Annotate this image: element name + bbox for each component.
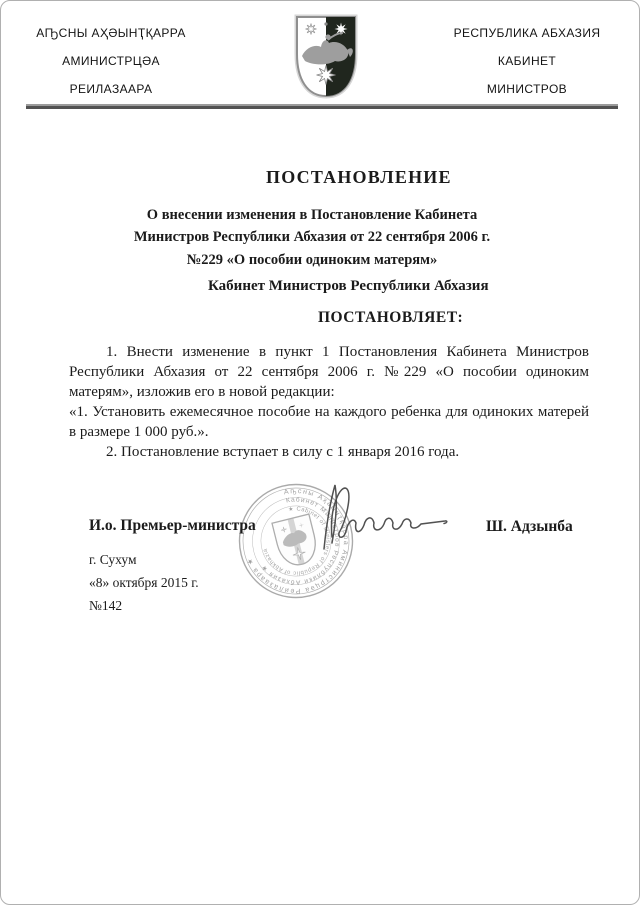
signatory-name: Ш. Адзынба bbox=[486, 518, 573, 536]
subject-line-2: Министров Республики Абхазия от 22 сентя… bbox=[21, 226, 603, 248]
issuing-body: Кабинет Министров Республики Абхазия bbox=[208, 278, 489, 295]
document-page: АҦСНЫ АҲӘЫНҬҚАРРА АМИНИСТРЦӘА РЕИЛАЗААРА… bbox=[0, 0, 640, 905]
issue-date: «8» октября 2015 г. bbox=[89, 575, 199, 591]
header-divider-rule bbox=[26, 104, 618, 109]
handwritten-signature bbox=[294, 477, 452, 559]
document-number: №142 bbox=[89, 598, 122, 614]
signatory-position: И.о. Премьер-министра bbox=[89, 517, 256, 535]
resolution-word: ПОСТАНОВЛЯЕТ: bbox=[318, 309, 463, 327]
paragraph-1: 1. Внести изменение в пункт 1 Постановле… bbox=[69, 342, 589, 402]
header-left-line-2: АМИНИСТРЦӘА bbox=[31, 47, 191, 75]
header-right-block: РЕСПУБЛИКА АБХАЗИЯ КАБИНЕТ МИНИСТРОВ bbox=[441, 19, 613, 103]
header-left-block: АҦСНЫ АҲӘЫНҬҚАРРА АМИНИСТРЦӘА РЕИЛАЗААРА bbox=[31, 19, 191, 103]
document-body: 1. Внести изменение в пункт 1 Постановле… bbox=[69, 342, 589, 462]
issue-city: г. Сухум bbox=[89, 552, 137, 568]
header-right-line-2: КАБИНЕТ bbox=[441, 47, 613, 75]
subject-line-1: О внесении изменения в Постановление Каб… bbox=[21, 204, 603, 226]
header-right-line-3: МИНИСТРОВ bbox=[441, 75, 613, 103]
header-left-line-1: АҦСНЫ АҲӘЫНҬҚАРРА bbox=[31, 19, 191, 47]
document-title: ПОСТАНОВЛЕНИЕ bbox=[266, 167, 452, 188]
subject-line-3: №229 «О пособии одиноким матерям» bbox=[21, 249, 603, 271]
header-left-line-3: РЕИЛАЗААРА bbox=[31, 75, 191, 103]
quoted-new-wording: «1. Установить ежемесячное пособие на ка… bbox=[69, 402, 589, 442]
header-right-line-1: РЕСПУБЛИКА АБХАЗИЯ bbox=[441, 19, 613, 47]
paragraph-2: 2. Постановление вступает в силу с 1 янв… bbox=[69, 442, 589, 462]
document-subject: О внесении изменения в Постановление Каб… bbox=[21, 204, 603, 271]
abkhazia-coat-of-arms-icon bbox=[292, 14, 360, 100]
